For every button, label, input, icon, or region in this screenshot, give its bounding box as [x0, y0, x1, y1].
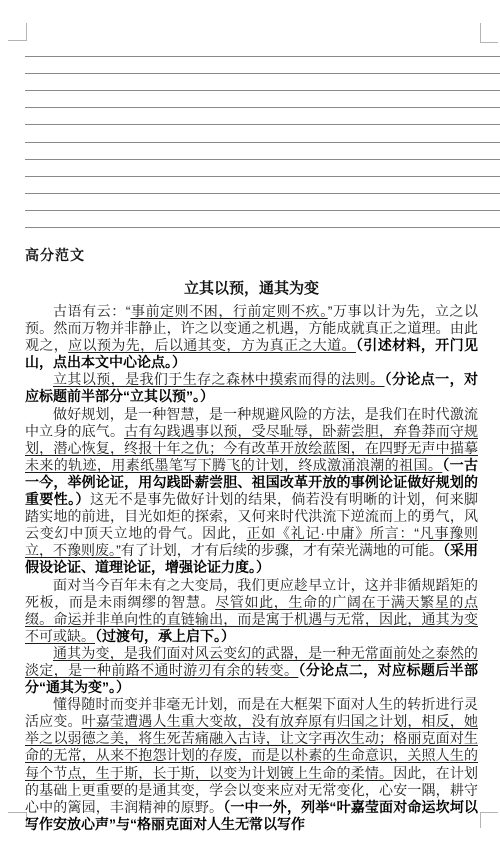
ruled-line [25, 124, 500, 125]
text-run-underline: 应以预为先，后以通其变，方为真正之大道。 [68, 337, 356, 353]
essay-paragraph: 古语有云：“事前定则不困，行前定则不疚。”万事以计为先，立之以预。然而万物并非静… [25, 303, 478, 371]
page-number: 6 [0, 816, 500, 827]
ruled-line [25, 176, 500, 177]
ruled-line [25, 142, 500, 143]
ruled-line [25, 90, 500, 91]
document-page: 高分范文 立其以预，通其为变 古语有云：“事前定则不困，行前定则不疚。”万事以计… [0, 0, 500, 860]
ruled-line [25, 73, 500, 74]
ruled-line [25, 210, 500, 211]
essay-body: 古语有云：“事前定则不困，行前定则不疚。”万事以计为先，立之以预。然而万物并非静… [25, 303, 478, 833]
essay-paragraph: 通其为变，是我们面对风云变幻的武器，是一种无常面前处之泰然的淡定，是一种前路不通… [25, 645, 478, 696]
text-run-normal: 古语有云：“ [53, 303, 130, 319]
ruled-line [25, 107, 500, 108]
ruled-line [25, 56, 500, 57]
essay-paragraph: 做好规划，是一种智慧，是一种规避风险的方法，是我们在时代激流中立身的底气。古有勾… [25, 406, 478, 577]
essay-paragraph: 立其以预，是我们于生存之森林中摸索而得的法则。（分论点一，对应标题前半部分“立其… [25, 371, 478, 405]
ruled-line [25, 159, 500, 160]
text-run-underline: 事前定则不困，行前定则不疚。 [130, 303, 327, 319]
text-run-bold: （过渡句，承上启下。） [95, 628, 235, 644]
section-heading: 高分范文 [25, 245, 85, 265]
crop-mark-top-left [8, 23, 27, 41]
essay: 立其以预，通其为变 古语有云：“事前定则不困，行前定则不疚。”万事以计为先，立之… [25, 280, 478, 833]
crop-mark-top-right [480, 23, 498, 43]
text-run-underline: 立其以预，是我们于生存之森林中摸索而得的法则。 [53, 371, 385, 387]
essay-paragraph: 面对当今百年未有之大变局，我们更应趁早立计，这并非循规蹈矩的死板，而是未雨绸缪的… [25, 577, 478, 645]
essay-title: 立其以预，通其为变 [25, 280, 478, 297]
ruled-line [25, 193, 500, 194]
ruled-line [25, 227, 500, 228]
essay-paragraph: 懂得随时而变并非毫无计划，而是在大框架下面对人生的转折进行灵活应变。叶嘉莹遭遇人… [25, 696, 478, 833]
text-run-normal: 有了计划，才有后续的步骤，才有荣光满地的可能。 [121, 542, 443, 558]
